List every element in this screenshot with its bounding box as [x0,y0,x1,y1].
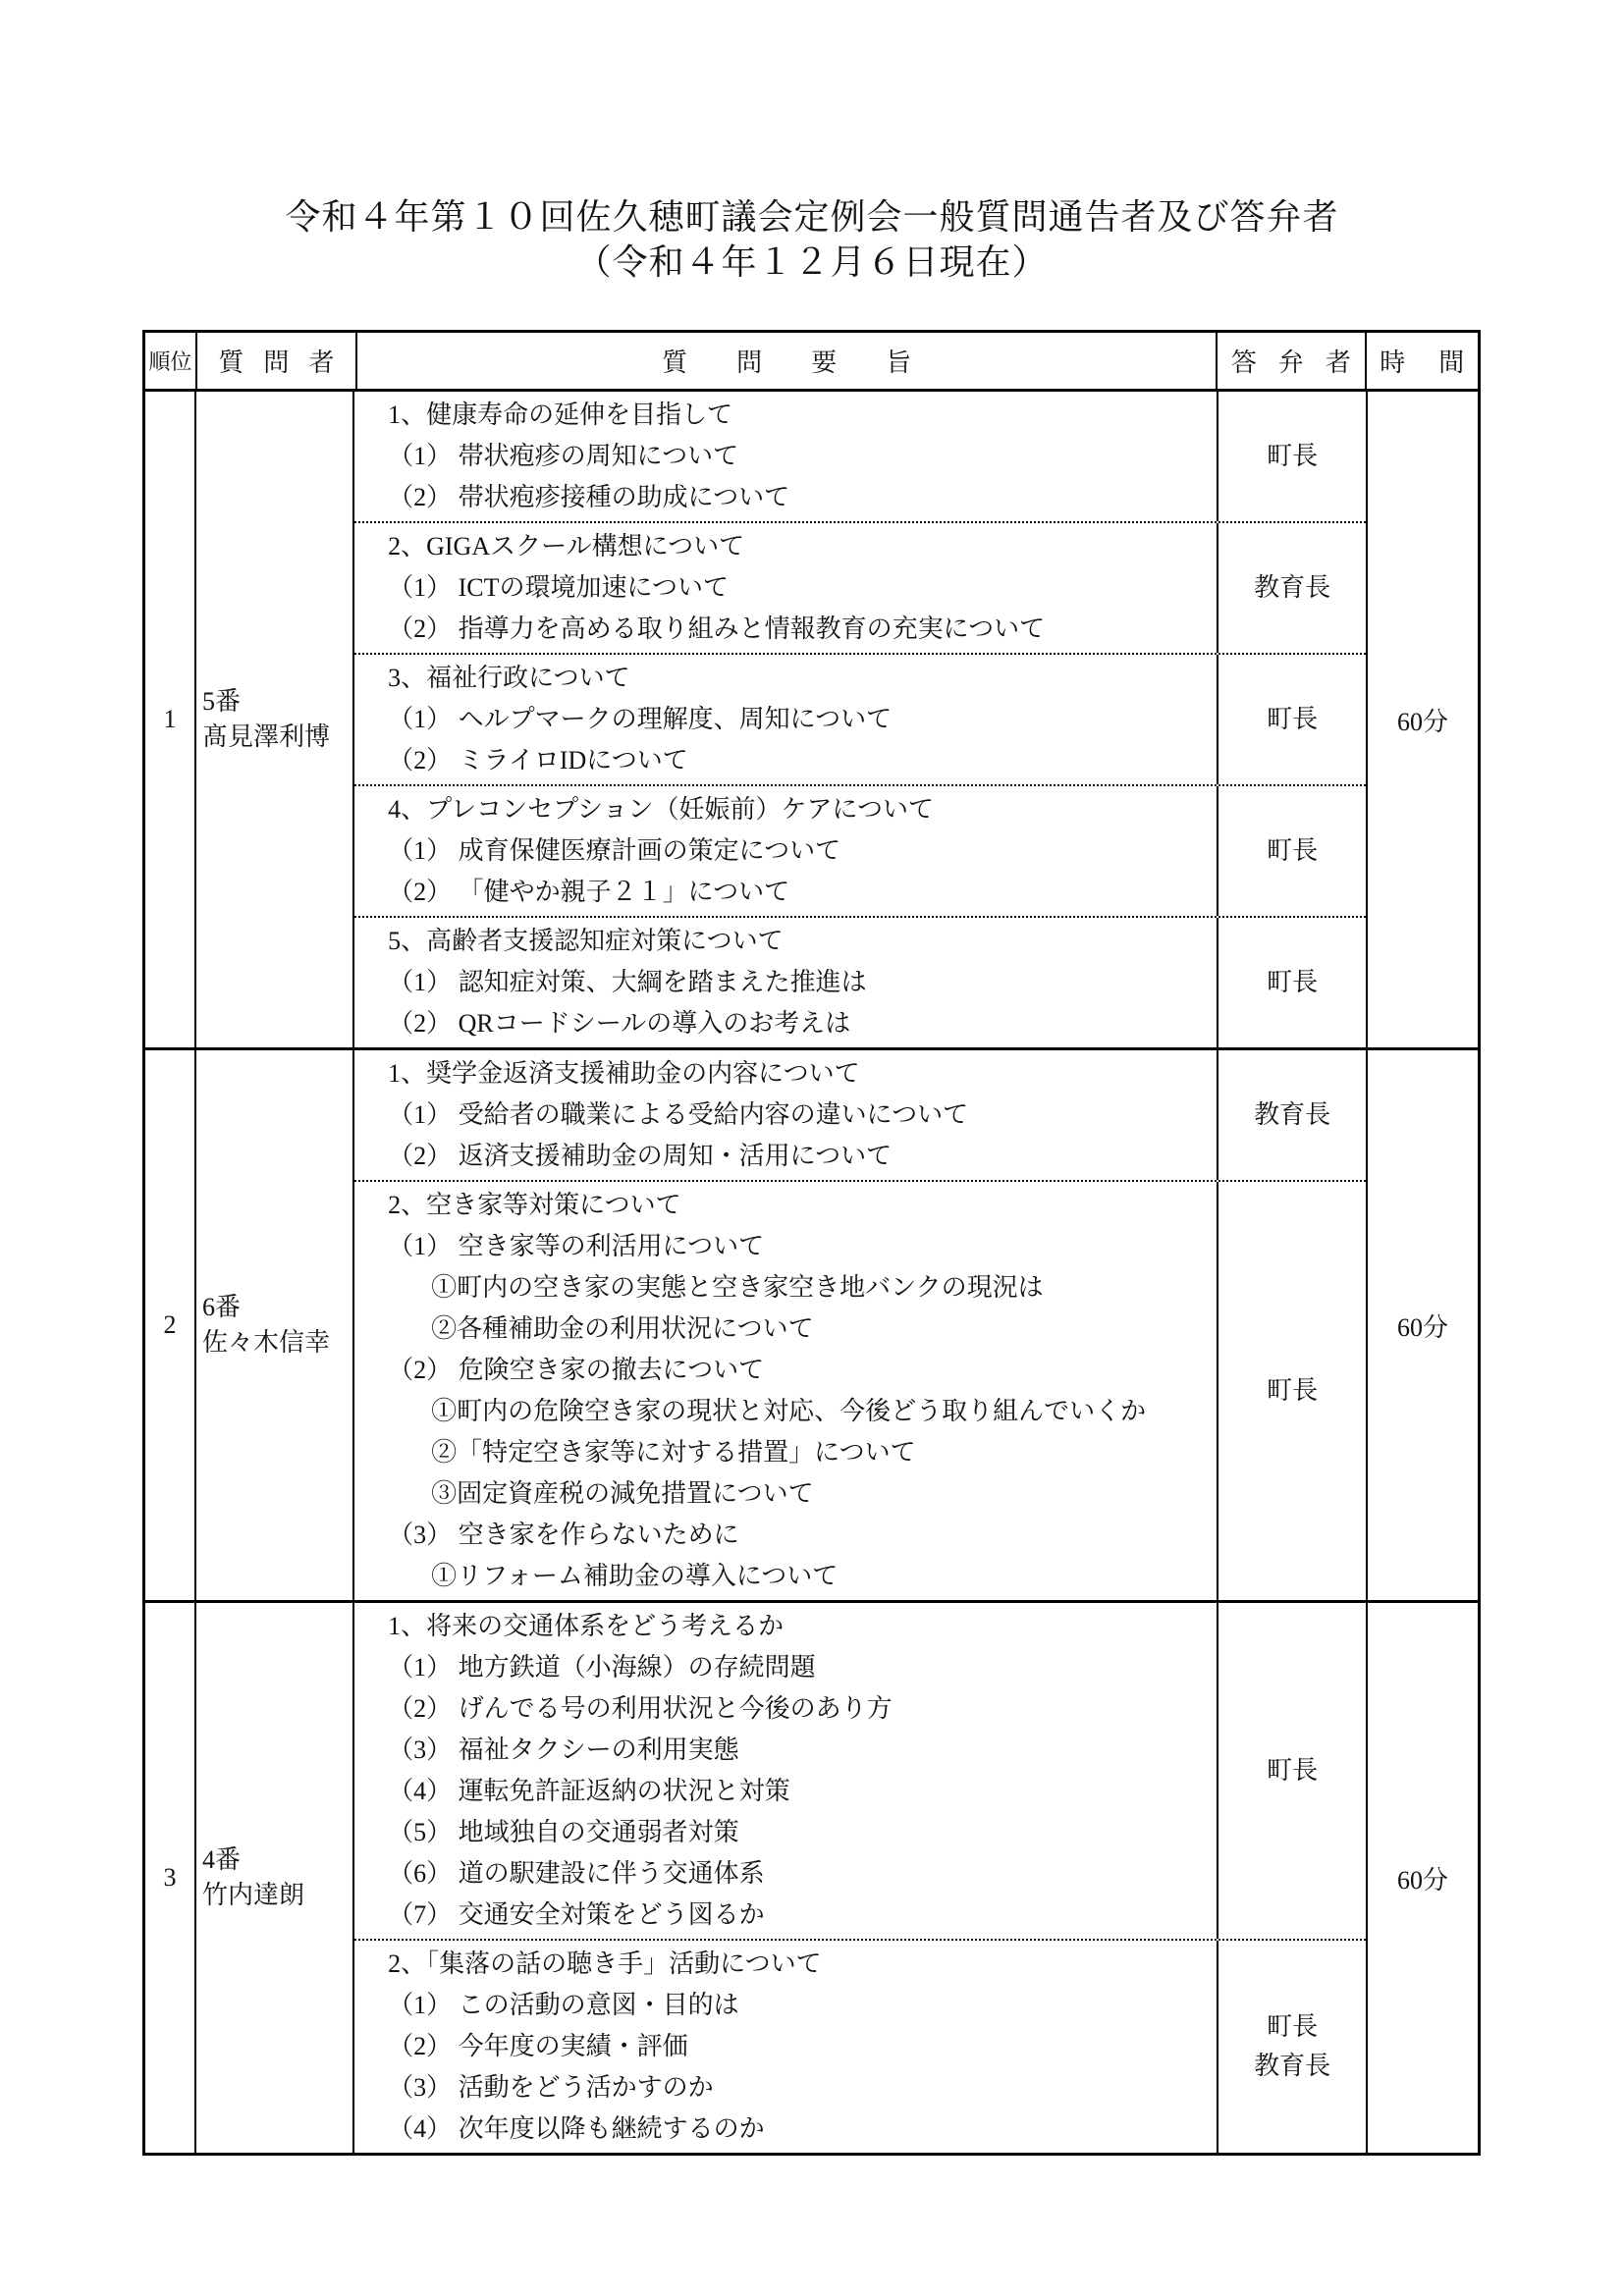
document-title-line2: （令和４年１２月６日現在） [0,240,1624,285]
question-line: 3、福祉行政について [354,658,1217,699]
answerer-cell: 町長教育長 [1217,1941,1366,2153]
answerer-cell: 町長 [1217,786,1366,916]
rank-cell: 2 [145,1050,196,1600]
questioner-cell: 6番 佐々木信幸 [196,1050,354,1600]
question-lines: 2、「集落の話の聴き手」活動について（1） この活動の意図・目的は（2） 今年度… [354,1941,1217,2153]
question-line: （1） 地方鉄道（小海線）の存続問題 [354,1647,1217,1688]
question-line: （3） 空き家を作らないために [354,1515,1217,1556]
question-line: （2） 帯状疱疹接種の助成について [354,477,1217,518]
question-section: 3、福祉行政について（1） ヘルプマークの理解度、周知について（2） ミライロI… [354,653,1366,784]
document-page: 令和４年第１０回佐久穂町議会定例会一般質問通告者及び答弁者 （令和４年１２月６日… [0,0,1624,2156]
question-line: 5、高齢者支援認知症対策について [354,921,1217,962]
question-line: 4、プレコンセプション（妊娠前）ケアについて [354,789,1217,830]
question-lines: 2、空き家等対策について（1） 空き家等の利活用について①町内の空き家の実態と空… [354,1182,1217,1600]
question-lines: 3、福祉行政について（1） ヘルプマークの理解度、周知について（2） ミライロI… [354,655,1217,784]
question-line: （2） 今年度の実績・評価 [354,2026,1217,2067]
header-questioner-label: 質問者 [218,343,353,379]
time-value: 60分 [1397,1860,1448,1896]
header-time: 時間 [1365,333,1479,389]
question-line: 1、健康寿命の延伸を目指して [354,395,1217,436]
question-line: （6） 道の駅建設に伴う交通体系 [354,1853,1217,1895]
question-section: 5、高齢者支援認知症対策について（1） 認知症対策、大綱を踏まえた推進は（2） … [354,916,1366,1047]
answerer-cell: 町長 [1217,655,1366,784]
answerer-value: 町長 [1267,700,1318,739]
question-lines: 5、高齢者支援認知症対策について（1） 認知症対策、大綱を踏まえた推進は（2） … [354,918,1217,1047]
question-line: （2） 「健やか親子２１」について [354,872,1217,913]
header-summary-label: 質問要旨 [662,343,960,379]
answerer-value: 教育長 [1254,568,1330,608]
header-answerer-label: 答弁者 [1231,343,1373,379]
question-line: （3） 活動をどう活かすのか [354,2067,1217,2109]
question-lines: 2、GIGAスクール構想について（1） ICTの環境加速について（2） 指導力を… [354,523,1217,653]
document-title: 令和４年第１０回佐久穂町議会定例会一般質問通告者及び答弁者 （令和４年１２月６日… [0,0,1624,285]
question-line: 2、空き家等対策について [354,1185,1217,1226]
header-time-label: 時間 [1380,343,1497,379]
rank-value: 1 [164,705,177,734]
rank-cell: 1 [145,392,196,1047]
rank-value: 2 [164,1310,177,1340]
table-row: 1 5番 髙見澤利博 1、健康寿命の延伸を目指して（1） 帯状疱疹の周知について… [145,392,1478,1047]
table-row: 3 4番 竹内達朗 1、将来の交通体系をどう考えるか（1） 地方鉄道（小海線）の… [145,1600,1478,2153]
time-cell: 60分 [1366,392,1478,1047]
questioner-number: 5番 [202,684,352,720]
answerer-value: 町長 [1267,437,1318,476]
question-line: ②「特定空き家等に対する措置」について [354,1432,1217,1473]
answerer-value: 町長 [1267,1371,1318,1411]
sections: 1、奨学金返済支援補助金の内容について（1） 受給者の職業による受給内容の違いに… [354,1050,1366,1600]
answerer-cell: 町長 [1217,918,1366,1047]
time-cell: 60分 [1366,1050,1478,1600]
question-table: 順位 質問者 質問要旨 答弁者 時間 1 5番 髙見澤利博 1、健康寿命の延伸を… [142,330,1481,2156]
sections: 1、将来の交通体系をどう考えるか（1） 地方鉄道（小海線）の存続問題（2） げん… [354,1603,1366,2153]
question-line: （2） 危険空き家の撤去について [354,1350,1217,1391]
time-value: 60分 [1397,1308,1448,1344]
question-line: （3） 福祉タクシーの利用実態 [354,1730,1217,1771]
question-line: （5） 地域独自の交通弱者対策 [354,1812,1217,1853]
answerer-cell: 町長 [1217,1182,1366,1600]
question-line: ①リフォーム補助金の導入について [354,1556,1217,1597]
question-line: 1、将来の交通体系をどう考えるか [354,1606,1217,1647]
time-value: 60分 [1397,702,1448,738]
question-line: 2、GIGAスクール構想について [354,526,1217,567]
question-lines: 1、将来の交通体系をどう考えるか（1） 地方鉄道（小海線）の存続問題（2） げん… [354,1603,1217,1939]
table-header-row: 順位 質問者 質問要旨 答弁者 時間 [145,333,1478,392]
answerer-value: 町長 [1267,831,1318,871]
question-line: （1） この活動の意図・目的は [354,1985,1217,2026]
question-lines: 4、プレコンセプション（妊娠前）ケアについて（1） 成育保健医療計画の策定につい… [354,786,1217,916]
question-section: 2、GIGAスクール構想について（1） ICTの環境加速について（2） 指導力を… [354,521,1366,653]
question-line: （4） 運転免許証返納の状況と対策 [354,1771,1217,1812]
rank-cell: 3 [145,1603,196,2153]
header-questioner: 質問者 [197,333,357,389]
question-line: （2） ミライロIDについて [354,740,1217,781]
question-section: 4、プレコンセプション（妊娠前）ケアについて（1） 成育保健医療計画の策定につい… [354,784,1366,916]
question-line: 1、奨学金返済支援補助金の内容について [354,1053,1217,1095]
questioner-cell: 4番 竹内達朗 [196,1603,354,2153]
question-line: （7） 交通安全対策をどう図るか [354,1895,1217,1936]
questioner-name: 髙見澤利博 [202,720,352,755]
question-lines: 1、奨学金返済支援補助金の内容について（1） 受給者の職業による受給内容の違いに… [354,1050,1217,1180]
answerer-value: 町長 [1267,963,1318,1002]
question-line: ①町内の空き家の実態と空き家空き地バンクの現況は [354,1267,1217,1308]
question-line: ②各種補助金の利用状況について [354,1308,1217,1350]
question-lines: 1、健康寿命の延伸を目指して（1） 帯状疱疹の周知について（2） 帯状疱疹接種の… [354,392,1217,521]
sections: 1、健康寿命の延伸を目指して（1） 帯状疱疹の周知について（2） 帯状疱疹接種の… [354,392,1366,1047]
question-line: ①町内の危険空き家の現状と対応、今後どう取り組んでいくか [354,1391,1217,1432]
question-section: 1、健康寿命の延伸を目指して（1） 帯状疱疹の周知について（2） 帯状疱疹接種の… [354,392,1366,521]
question-section: 2、空き家等対策について（1） 空き家等の利活用について①町内の空き家の実態と空… [354,1180,1366,1600]
answerer-cell: 教育長 [1217,523,1366,653]
question-line: （1） 受給者の職業による受給内容の違いについて [354,1095,1217,1136]
document-title-line1: 令和４年第１０回佐久穂町議会定例会一般質問通告者及び答弁者 [0,194,1624,240]
answerer-cell: 町長 [1217,1603,1366,1939]
questioner-name: 佐々木信幸 [202,1325,352,1361]
question-line: （1） 空き家等の利活用について [354,1226,1217,1267]
question-line: （4） 次年度以降も継続するのか [354,2109,1217,2150]
question-line: （2） 返済支援補助金の周知・活用について [354,1136,1217,1177]
header-summary: 質問要旨 [357,333,1216,389]
question-line: （1） 帯状疱疹の周知について [354,436,1217,477]
question-line: （1） 成育保健医療計画の策定について [354,830,1217,872]
question-line: （1） 認知症対策、大綱を踏まえた推進は [354,962,1217,1003]
header-answerer: 答弁者 [1216,333,1364,389]
questioner-number: 6番 [202,1290,352,1325]
question-line: 2、「集落の話の聴き手」活動について [354,1944,1217,1985]
questioner-number: 4番 [202,1842,352,1878]
answerer-value: 町長 [1267,2007,1318,2047]
header-rank: 順位 [145,333,197,389]
table-body: 1 5番 髙見澤利博 1、健康寿命の延伸を目指して（1） 帯状疱疹の周知について… [145,392,1478,2153]
answerer-cell: 教育長 [1217,1050,1366,1180]
questioner-name: 竹内達朗 [202,1878,352,1913]
answerer-value: 教育長 [1254,2047,1330,2086]
question-line: （1） ICTの環境加速について [354,567,1217,609]
question-section: 2、「集落の話の聴き手」活動について（1） この活動の意図・目的は（2） 今年度… [354,1939,1366,2153]
question-section: 1、将来の交通体系をどう考えるか（1） 地方鉄道（小海線）の存続問題（2） げん… [354,1603,1366,1939]
answerer-value: 教育長 [1254,1095,1330,1135]
answerer-value: 町長 [1267,1751,1318,1790]
question-line: ③固定資産税の減免措置について [354,1473,1217,1515]
answerer-cell: 町長 [1217,392,1366,521]
question-line: （2） 指導力を高める取り組みと情報教育の充実について [354,609,1217,650]
question-section: 1、奨学金返済支援補助金の内容について（1） 受給者の職業による受給内容の違いに… [354,1050,1366,1180]
question-line: （2） げんでる号の利用状況と今後のあり方 [354,1688,1217,1730]
question-line: （1） ヘルプマークの理解度、周知について [354,699,1217,740]
time-cell: 60分 [1366,1603,1478,2153]
header-rank-label: 順位 [148,346,191,376]
table-row: 2 6番 佐々木信幸 1、奨学金返済支援補助金の内容について（1） 受給者の職業… [145,1047,1478,1600]
question-line: （2） QRコードシールの導入のお考えは [354,1003,1217,1044]
questioner-cell: 5番 髙見澤利博 [196,392,354,1047]
rank-value: 3 [164,1863,177,1893]
